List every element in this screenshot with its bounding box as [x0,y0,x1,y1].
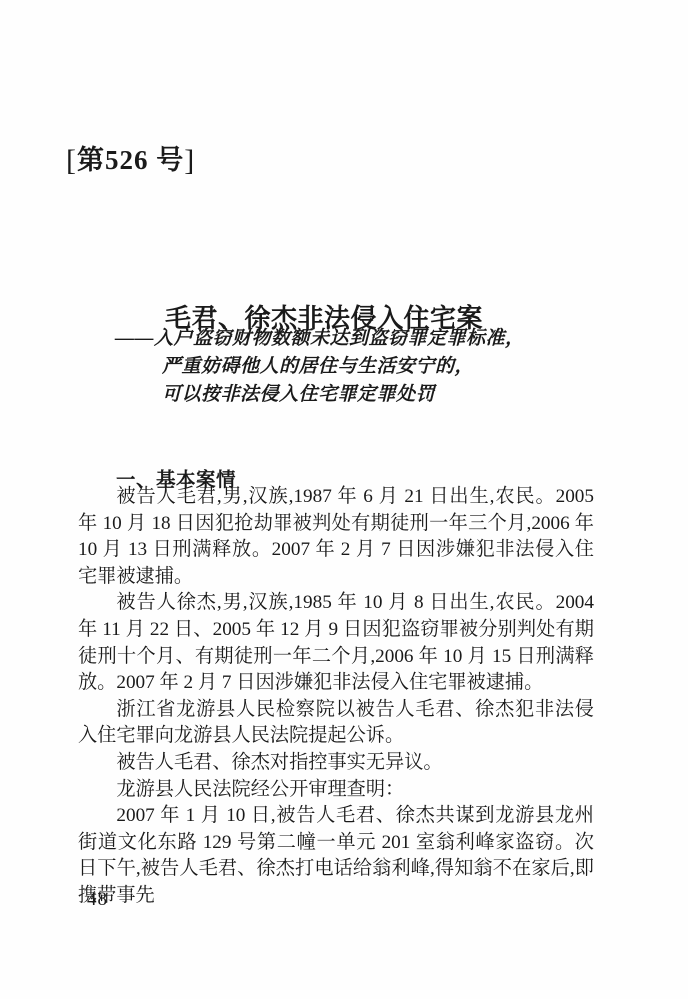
subtitle-line-1-text: 入户盗窃财物数额未达到盗窃罪定罪标准， [154,328,525,349]
subtitle-dash: —— [115,328,154,349]
case-paragraph: 被告人毛君、徐杰对指控事实无异议。 [78,750,594,777]
document-page: [第526 号] 毛君、徐杰非法侵入住宅案 ——入户盗窃财物数额未达到盗窃罪定罪… [0,0,688,999]
case-paragraph: 被告人徐杰,男,汉族,1985 年 10 月 8 日出生,农民。2004 年 1… [78,590,594,696]
case-number-bracket-open: [ [66,144,77,177]
case-paragraph: 浙江省龙游县人民检察院以被告人毛君、徐杰犯非法侵入住宅罪向龙游县人民法院提起公诉… [78,697,594,750]
case-subtitle: ——入户盗窃财物数额未达到盗窃罪定罪标准， 严重妨碍他人的居住与生活安宁的， 可… [115,325,525,409]
case-paragraph: 龙游县人民法院经公开审理查明： [78,777,594,804]
case-body: 被告人毛君,男,汉族,1987 年 6 月 21 日出生,农民。2005 年 1… [78,484,594,910]
case-paragraph: 被告人毛君,男,汉族,1987 年 6 月 21 日出生,农民。2005 年 1… [78,484,594,590]
case-paragraph: 2007 年 1 月 10 日,被告人毛君、徐杰共谋到龙游县龙州街道文化东路 1… [78,803,594,909]
case-subtitle-line-2: 严重妨碍他人的居住与生活安宁的， [115,353,525,381]
case-number: [第526 号] [66,138,195,177]
case-number-bracket-close: ] [184,144,195,177]
case-subtitle-line-3: 可以按非法侵入住宅罪定罪处罚 [115,381,525,409]
case-number-text: 第526 号 [77,145,184,175]
case-subtitle-line-1: ——入户盗窃财物数额未达到盗窃罪定罪标准， [115,325,525,353]
page-number: 48 [87,889,108,911]
